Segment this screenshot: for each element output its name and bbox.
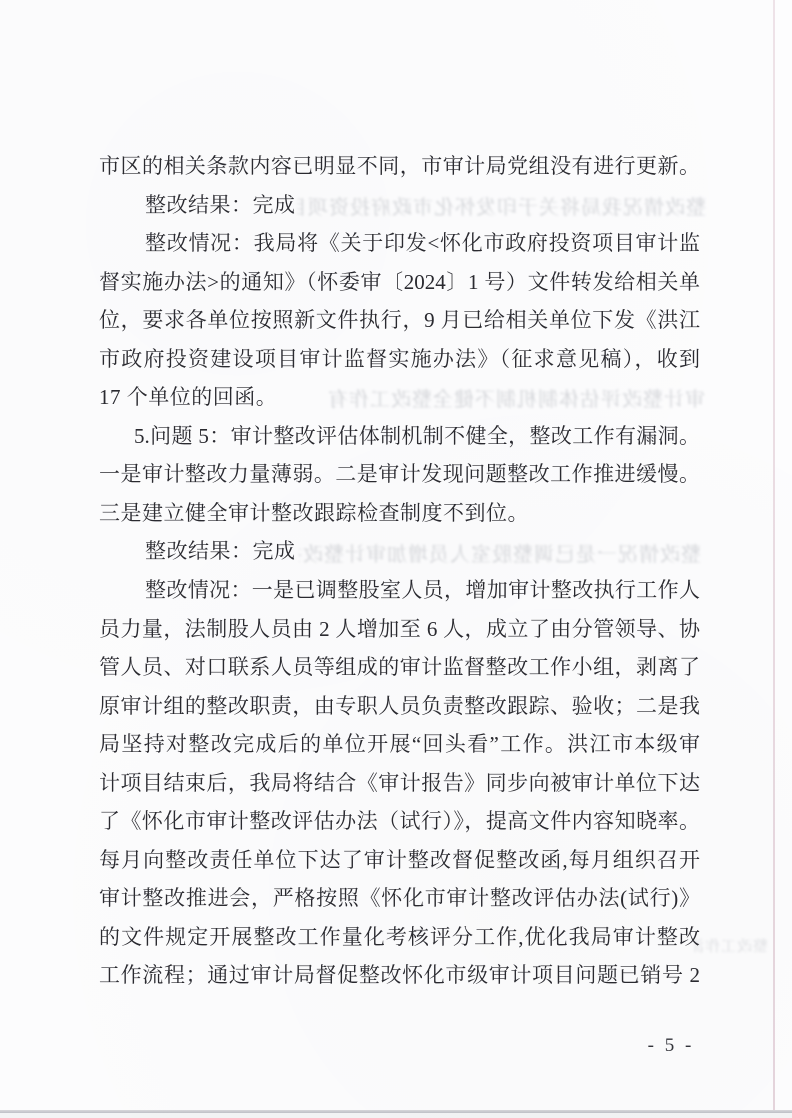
text-line: 督实施办法>的通知》（怀委审〔2024〕1 号）文件转发给相关单 (99, 263, 700, 302)
text-line: 市政府投资建设项目审计监督实施办法》（征求意见稿），收到 (99, 340, 700, 379)
text-line: 市区的相关条款内容已明显不同，市审计局党组没有进行更新。 (99, 147, 700, 186)
text-line: 管人员、对口联系人员等组成的审计监督整改工作小组，剥离了 (99, 648, 700, 687)
text-line: 工作流程；通过审计局督促整改怀化市级审计项目问题已销号 2 (99, 956, 700, 995)
text-line: 的文件规定开展整改工作量化考核评分工作,优化我局审计整改 (99, 918, 700, 957)
scanned-document-page: 整改情况我局将关于印发怀化市政府投资项目审计监督实施办法 审计整改评估体制机制不… (0, 0, 792, 1118)
scan-right-edge-line (773, 0, 775, 1111)
text-line: 整改情况：我局将《关于印发<怀化市政府投资项目审计监 (99, 224, 700, 263)
text-line: 整改情况：一是已调整股室人员，增加审计整改执行工作人 (99, 571, 700, 610)
text-line: 审计整改推进会，严格按照《怀化市审计整改评估办法(试行)》 (99, 879, 700, 918)
scan-bottom-margin (0, 1113, 792, 1118)
text-line: 17 个单位的回函。 (99, 378, 700, 417)
page-number: - 5 - (601, 1031, 741, 1061)
text-line: 一是审计整改力量薄弱。二是审计发现问题整改工作推进缓慢。 (99, 455, 700, 494)
document-body: 市区的相关条款内容已明显不同，市审计局党组没有进行更新。整改结果：完成整改情况：… (99, 147, 700, 995)
text-line: 5.问题 5：审计整改评估体制机制不健全，整改工作有漏洞。 (99, 417, 700, 456)
text-line: 整改结果：完成 (99, 186, 700, 225)
bleed-through-ghost: 整改工作流程 (694, 934, 768, 954)
text-line: 原审计组的整改职责，由专职人员负责整改跟踪、验收；二是我 (99, 687, 700, 726)
text-line: 局坚持对整改完成后的单位开展“回头看”工作。洪江市本级审 (99, 725, 700, 764)
text-line: 员力量，法制股人员由 2 人增加至 6 人，成立了由分管领导、协 (99, 610, 700, 649)
text-line: 每月向整改责任单位下达了审计整改督促整改函,每月组织召开 (99, 841, 700, 880)
scan-right-margin (775, 0, 792, 1111)
text-line: 位，要求各单位按照新文件执行，9 月已给相关单位下发《洪江 (99, 301, 700, 340)
text-line: 计项目结束后，我局将结合《审计报告》同步向被审计单位下达 (99, 764, 700, 803)
text-line: 整改结果：完成 (99, 532, 700, 571)
text-line: 三是建立健全审计整改跟踪检查制度不到位。 (99, 494, 700, 533)
text-line: 了《怀化市审计整改评估办法（试行）》，提高文件内容知晓率。 (99, 802, 700, 841)
